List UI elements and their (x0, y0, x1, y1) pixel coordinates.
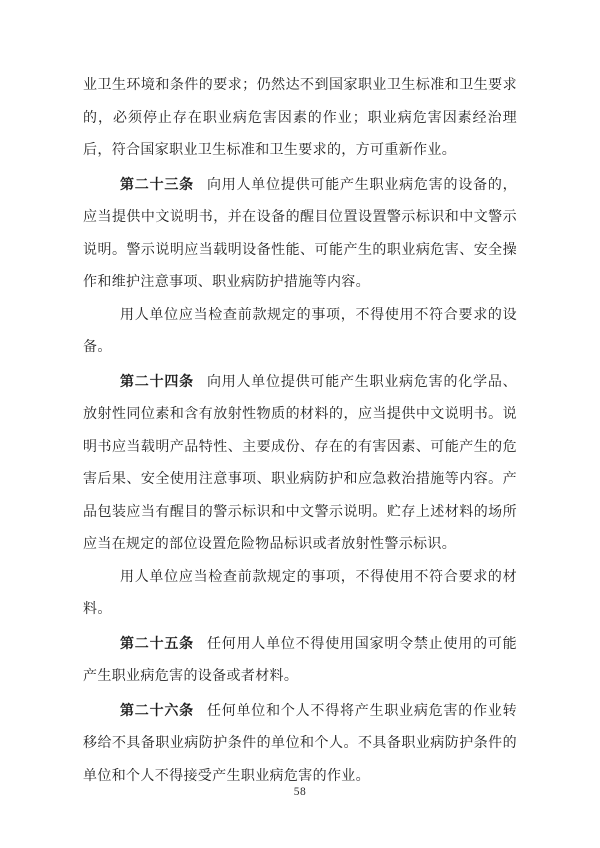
paragraph-text: 业卫生环境和条件的要求；仍然达不到国家职业卫生标准和卫生要求的，必须停止存在职业… (83, 78, 517, 158)
paragraph-continuation: 业卫生环境和条件的要求；仍然达不到国家职业卫生标准和卫生要求的，必须停止存在职业… (83, 70, 517, 168)
document-page: 业卫生环境和条件的要求；仍然达不到国家职业卫生标准和卫生要求的，必须停止存在职业… (0, 0, 600, 848)
article-24-text: 向用人单位提供可能产生职业病危害的化学品、放射性同位素和含有放射性物质的材料的，… (83, 375, 517, 553)
paragraph-text: 用人单位应当检查前款规定的事项，不得使用不符合要求的设备。 (83, 308, 517, 356)
paragraph-article-23: 第二十三条向用人单位提供可能产生职业病危害的设备的，应当提供中文说明书，并在设备… (83, 168, 517, 300)
paragraph-article-26: 第二十六条任何单位和个人不得将产生职业病危害的作业转移给不具备职业病防护条件的单… (83, 694, 517, 794)
article-26-heading: 第二十六条 (120, 702, 194, 718)
paragraph-text: 用人单位应当检查前款规定的事项，不得使用不符合要求的材料。 (83, 570, 517, 618)
page-number: 58 (0, 786, 600, 798)
article-23-heading: 第二十三条 (120, 176, 194, 192)
paragraph-article-23-clause-2: 用人单位应当检查前款规定的事项，不得使用不符合要求的设备。 (83, 300, 517, 365)
paragraph-article-24-clause-2: 用人单位应当检查前款规定的事项，不得使用不符合要求的材料。 (83, 562, 517, 627)
paragraph-article-24: 第二十四条向用人单位提供可能产生职业病危害的化学品、放射性同位素和含有放射性物质… (83, 365, 517, 562)
article-25-heading: 第二十五条 (120, 635, 194, 651)
document-body-text: 业卫生环境和条件的要求；仍然达不到国家职业卫生标准和卫生要求的，必须停止存在职业… (83, 70, 517, 793)
article-24-heading: 第二十四条 (120, 373, 194, 389)
paragraph-article-25: 第二十五条任何用人单位不得使用国家明令禁止使用的可能产生职业病危害的设备或者材料… (83, 627, 517, 694)
article-23-text: 向用人单位提供可能产生职业病危害的设备的，应当提供中文说明书，并在设备的醒目位置… (83, 178, 517, 291)
